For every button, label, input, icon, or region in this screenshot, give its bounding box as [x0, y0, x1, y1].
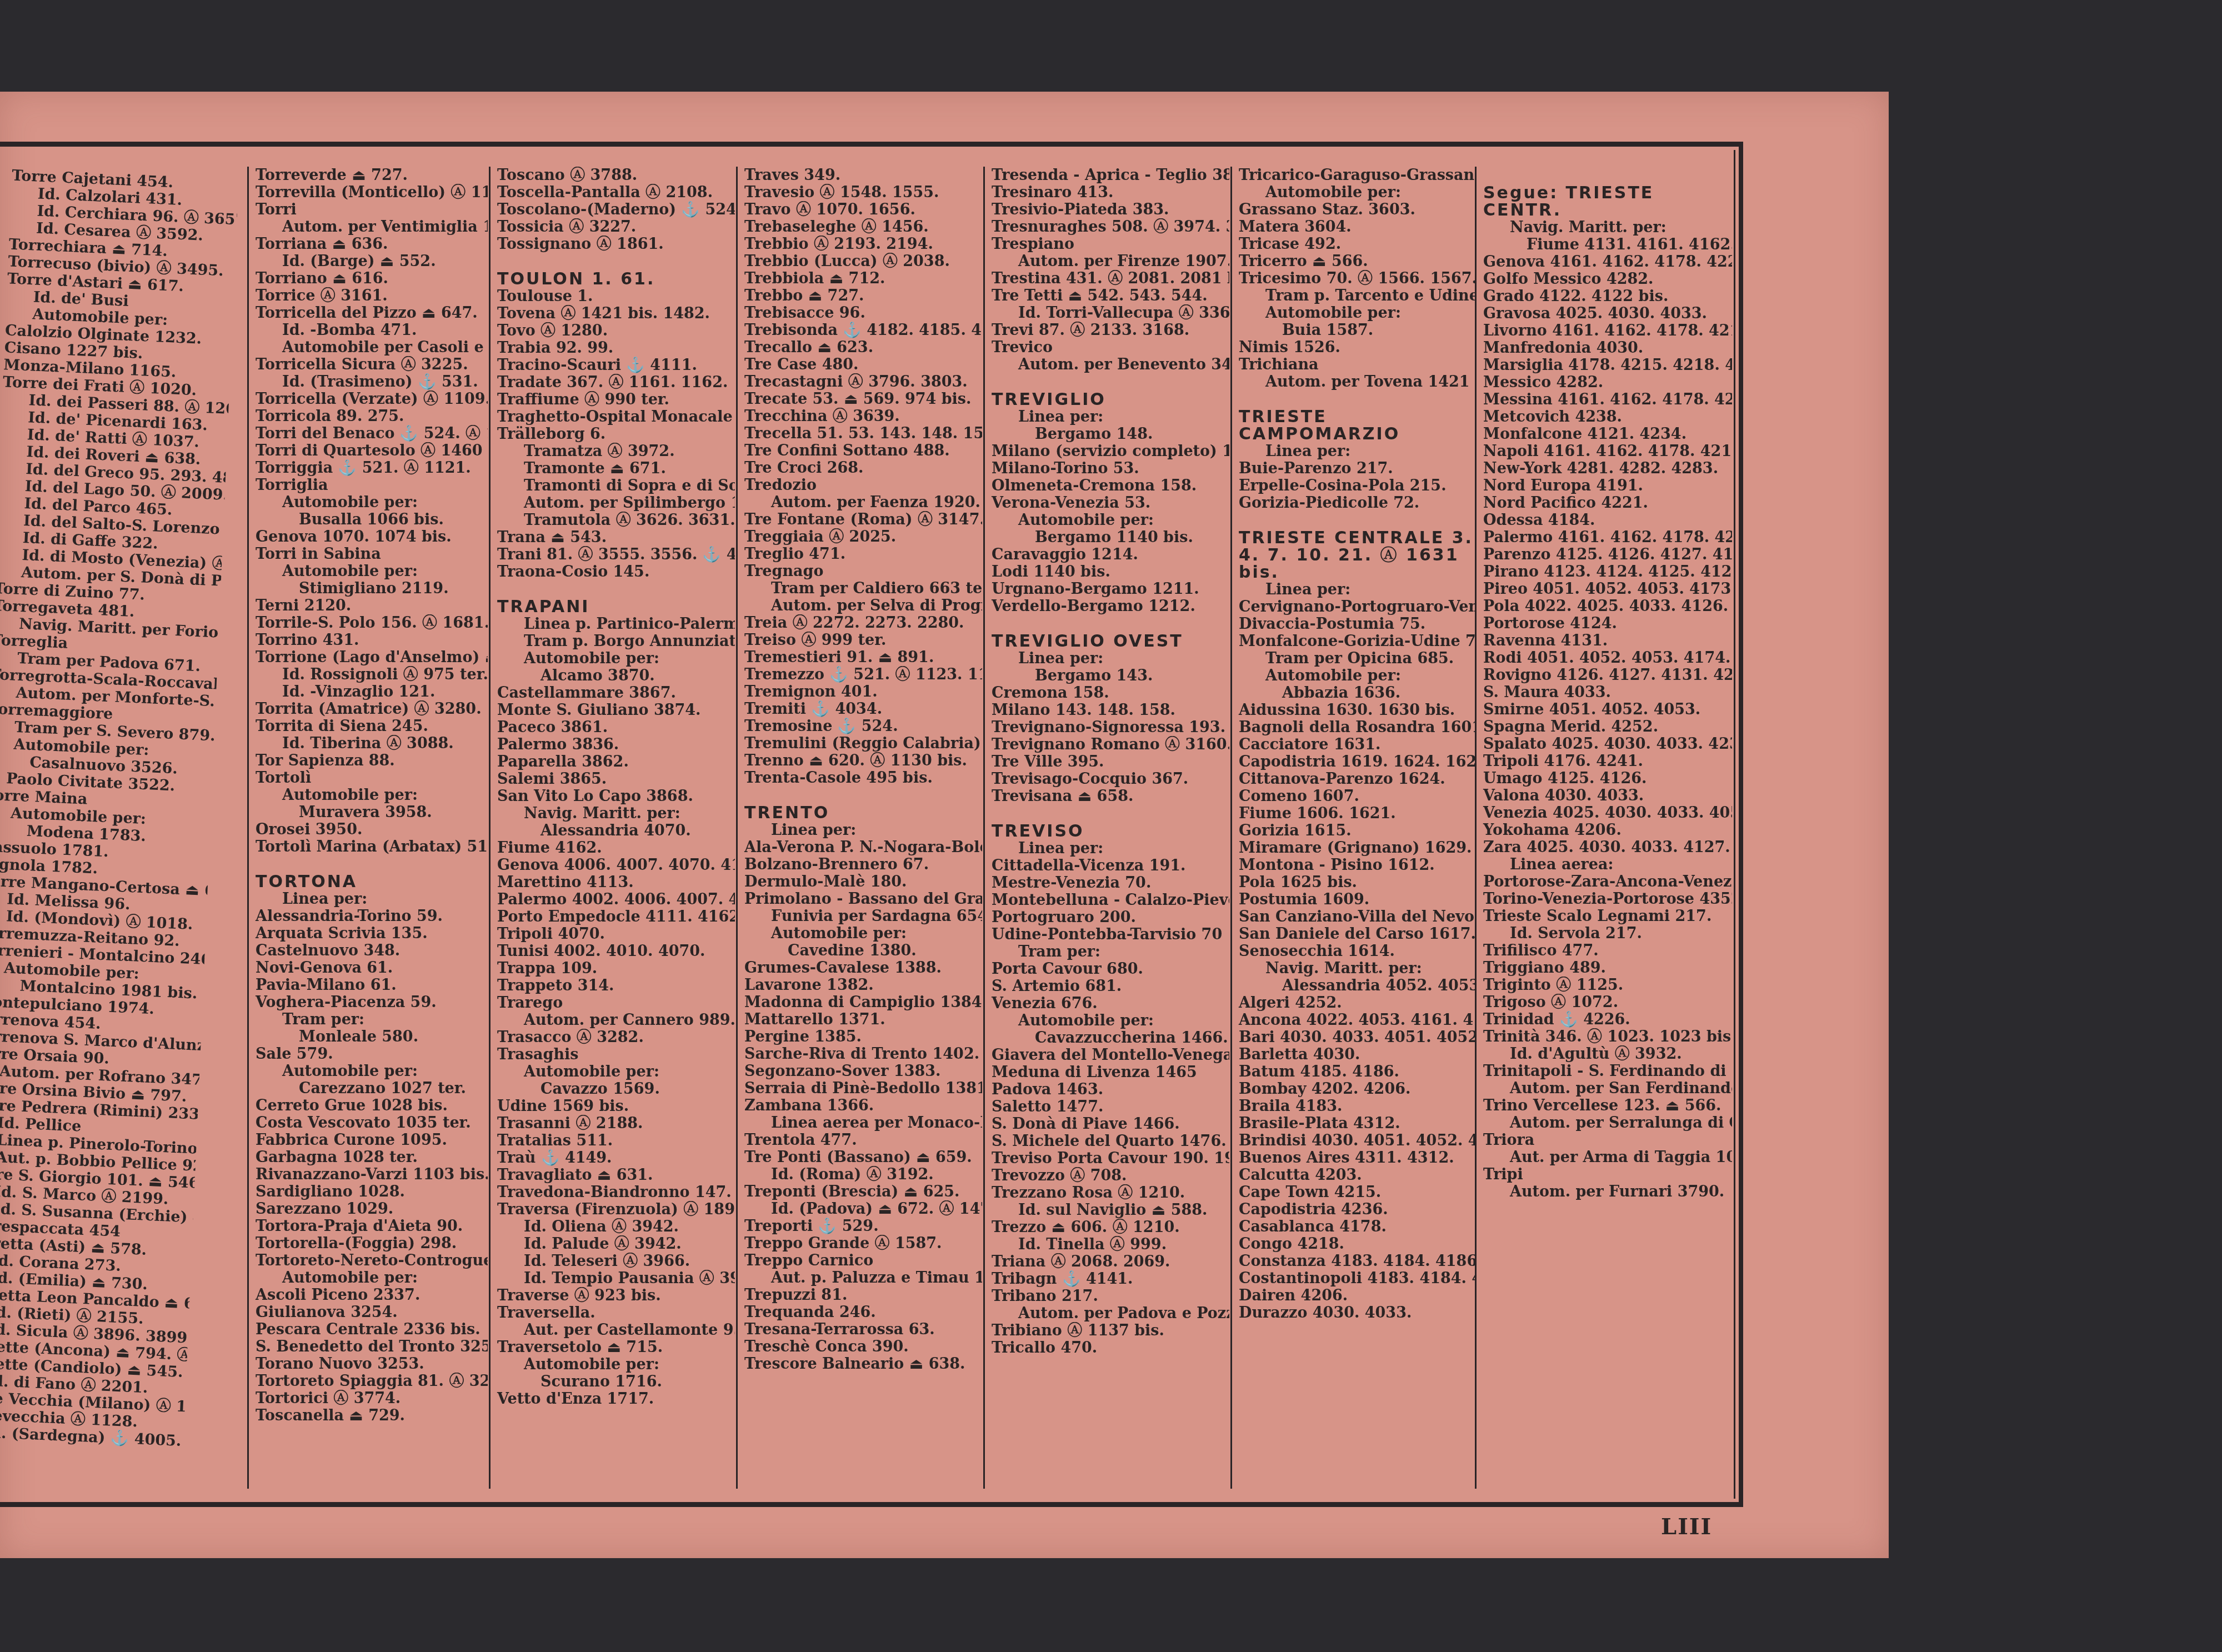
index-entry: Toscolano-(Maderno) ⚓ 524 ⏏ 625. Ⓐ 1260 …	[491, 201, 735, 218]
index-entry: Trieste Scalo Legnami 217.	[1477, 908, 1732, 925]
index-entry: Autom. per Faenza 1920.	[738, 494, 982, 511]
index-entry: Id. (Trasimeno) ⚓ 531.	[249, 373, 488, 391]
index-entry: Automobile per:	[249, 787, 488, 804]
section-heading: TREVISO	[985, 823, 1229, 840]
index-entry: Travesio Ⓐ 1548. 1555.	[738, 184, 982, 201]
index-entry: Sarche-Riva di Trento 1402.	[738, 1045, 982, 1063]
index-entry: Torrile-S. Polo 156. Ⓐ 1681.	[249, 614, 488, 632]
index-entry: Torri di Quartesolo Ⓐ 1460	[249, 442, 488, 459]
index-entry: Treporti ⚓ 529.	[738, 1218, 982, 1235]
index-entry: Mestre-Venezia 70.	[985, 874, 1229, 892]
index-entry: Automobile per:	[249, 563, 488, 580]
index-entry: Pavia-Milano 61.	[249, 977, 488, 994]
index-entry: S. Maura 4033.	[1477, 684, 1732, 701]
index-entry: Traverse Ⓐ 923 bis.	[491, 1287, 735, 1304]
index-entry: Tricesimo 70. Ⓐ 1566. 1567.	[1232, 270, 1477, 287]
index-entry: Udine 1569 bis.	[491, 1098, 735, 1115]
index-entry: Travedona-Biandronno 147. Ⓐ 1175 bis.	[491, 1184, 735, 1201]
index-entry: Pescara Centrale 2336 bis.	[249, 1321, 488, 1338]
index-entry: Trevozzo Ⓐ 708.	[985, 1167, 1229, 1184]
index-entry: Trebisacce 96.	[738, 304, 982, 322]
index-entry: S. Artemio 681.	[985, 978, 1229, 995]
index-entry: Lodi 1140 bis.	[985, 563, 1229, 580]
index-entry: Tre Croci 268.	[738, 459, 982, 477]
index-column-4: Traves 349.Travesio Ⓐ 1548. 1555.Travo Ⓐ…	[736, 167, 982, 1489]
index-entry: Trebisonda ⚓ 4182. 4185. 4186.	[738, 322, 982, 339]
index-entry: Autom. per Benevento 3489.	[985, 356, 1229, 373]
index-entry: Linea per:	[985, 408, 1229, 425]
index-entry: Aidussina 1630. 1630 bis.	[1232, 702, 1477, 719]
index-entry: Linea per:	[1232, 443, 1477, 460]
index-entry: Tortorici Ⓐ 3774.	[249, 1390, 488, 1407]
index-entry: Tribano 217.	[985, 1288, 1229, 1305]
index-entry: Tramutola Ⓐ 3626. 3631.	[491, 512, 735, 529]
index-entry: Treschè Conca 390.	[738, 1338, 982, 1355]
index-entry: Traù ⚓ 4149.	[491, 1149, 735, 1167]
index-entry: Torricella (Verzate) Ⓐ 1109. 1115.	[249, 391, 488, 408]
index-entry: Navig. Maritt. per:	[1232, 960, 1477, 977]
index-entry: Postumia 1609.	[1232, 891, 1477, 908]
index-entry: Torino-Venezia-Portorose 4352	[1477, 890, 1732, 908]
index-entry: Tribiano Ⓐ 1137 bis.	[985, 1322, 1229, 1339]
index-entry: Trebbio Ⓐ 2193. 2194.	[738, 236, 982, 253]
index-entry: Bergamo 1140 bis.	[985, 529, 1229, 546]
index-entry: Milano-Torino 53.	[985, 460, 1229, 477]
index-entry: Nord Pacifico 4221.	[1477, 494, 1732, 512]
index-entry: Durazzo 4030. 4033.	[1232, 1304, 1477, 1321]
index-entry: Venezia 4025. 4030. 4033. 4051. 4052. 40…	[1477, 804, 1732, 822]
index-entry: Voghera-Piacenza 59.	[249, 994, 488, 1011]
index-entry: Bolzano-Brennero 67.	[738, 856, 982, 873]
index-entry: Torrione (Lago d'Anselmo) ⏏ 690.	[249, 649, 488, 666]
index-entry: Trappa 109.	[491, 960, 735, 977]
index-entry: Trezzano Rosa Ⓐ 1210.	[985, 1184, 1229, 1202]
index-entry: Sardigliano 1028.	[249, 1183, 488, 1200]
index-entry: Palermo 4161. 4162. 4178. 4281	[1477, 529, 1732, 546]
index-entry: Madonna di Campiglio 1384	[738, 994, 982, 1011]
index-entry: Alessandria 4052. 4053. 4152. 4173. 4174…	[1232, 977, 1477, 994]
index-entry: Trinitapoli - S. Ferdinando di Puglia 81…	[1477, 1063, 1732, 1080]
index-entry: Tricallo 470.	[985, 1339, 1229, 1356]
index-entry: Trentola 477.	[738, 1132, 982, 1149]
index-entry: Primolano - Bassano del Grappa-Venezia 1…	[738, 890, 982, 908]
index-entry: Trevi 87. Ⓐ 2133. 3168.	[985, 322, 1229, 339]
index-entry: Giavera del Montello-Venegazzù 1468 bis.	[985, 1047, 1229, 1064]
index-entry: Toulouse 1.	[491, 288, 735, 305]
index-entry: San Daniele del Carso 1617.	[1232, 925, 1477, 943]
index-entry: Trecchina Ⓐ 3639.	[738, 408, 982, 425]
index-entry: Ancona 4022. 4053. 4161. 4174. 4178. 418…	[1232, 1012, 1477, 1029]
index-entry: Umago 4125. 4126.	[1477, 770, 1732, 787]
section-heading: TRIESTE CENTRALE 3. 4. 7. 10. 21. Ⓐ 1631…	[1232, 529, 1477, 581]
index-entry: Spalato 4025. 4030. 4033. 4238	[1477, 735, 1732, 753]
index-entry: Trezzo ⏏ 606. Ⓐ 1210.	[985, 1219, 1229, 1236]
index-entry: Trebaseleghe Ⓐ 1456.	[738, 218, 982, 236]
index-entry: Orosei 3950.	[249, 821, 488, 838]
index-entry: Navig. Maritt. per:	[491, 805, 735, 822]
index-column-6: Tricarico-Garaguso-Grassano 95.Automobil…	[1230, 167, 1477, 1489]
index-entry: S. Benedetto del Tronto 3256.	[249, 1338, 488, 1355]
index-entry: Torrino 431.	[249, 632, 488, 649]
index-entry: Napoli 4161. 4162. 4178. 4215. 4218. 422…	[1477, 443, 1732, 460]
index-entry: Tram per Caldiero 663 ter.	[738, 580, 982, 597]
section-heading: Segue: TRIESTE CENTR.	[1477, 184, 1732, 219]
index-entry: Nimis 1526.	[1232, 339, 1477, 356]
index-entry: Portorose-Zara-Ancona-Venezia 4351.	[1477, 873, 1732, 890]
index-entry: Busalla 1066 bis.	[249, 511, 488, 528]
index-entry: Golfo Messico 4282.	[1477, 271, 1732, 288]
index-entry: Meduna di Livenza 1465	[985, 1064, 1229, 1081]
index-entry: Miramare (Grignano) 1629.	[1232, 839, 1477, 857]
index-entry: Gravosa 4025. 4030. 4033.	[1477, 305, 1732, 322]
index-entry: Trevisana ⏏ 658.	[985, 788, 1229, 805]
index-entry: Treppo Carnico	[738, 1252, 982, 1269]
index-entry: Trevignano Romano Ⓐ 3160.	[985, 736, 1229, 753]
index-entry: Senosecchia 1614.	[1232, 943, 1477, 960]
index-entry: Id. -Vinzaglio 121.	[249, 683, 488, 700]
index-entry: Novi-Genova 61.	[249, 959, 488, 977]
index-entry: Parenzo 4125. 4126. 4127. 4131	[1477, 546, 1732, 563]
index-entry: Paceco 3861.	[491, 719, 735, 736]
index-entry: Pergine 1385.	[738, 1028, 982, 1045]
index-entry: Ravenna 4131.	[1477, 632, 1732, 649]
index-entry: Triggiano 489.	[1477, 959, 1732, 977]
index-entry: Fiume 4131. 4161. 4162. 4173. 4176. 4178…	[1477, 236, 1732, 253]
index-entry: Sale 579.	[249, 1045, 488, 1063]
index-entry: Lavarone 1382.	[738, 977, 982, 994]
section-heading: TRENTO	[738, 804, 982, 822]
index-entry: Arquata Scrivia 135.	[249, 925, 488, 942]
index-entry: Fiume 1606. 1621.	[1232, 805, 1477, 822]
index-entry: Tortolì Marina (Arbatax) 512. ⚓ 4006. 40…	[249, 838, 488, 855]
index-entry: Brasile-Plata 4312.	[1232, 1115, 1477, 1132]
index-entry: Tresenda - Aprica - Teglio 383. Ⓐ 1281. …	[985, 167, 1229, 184]
index-entry: Porta Cavour 680.	[985, 960, 1229, 978]
index-entry: Trepuzzi 81.	[738, 1286, 982, 1304]
index-entry: Pola 4022. 4025. 4033. 4126. 4127. 4131.	[1477, 598, 1732, 615]
index-entry: Costa Vescovato 1035 ter.	[249, 1114, 488, 1132]
index-entry: Trecate 53. ⏏ 569. 974 bis.	[738, 391, 982, 408]
index-entry: Triginto Ⓐ 1125.	[1477, 977, 1732, 994]
index-entry: Capodistria 1619. 1624. 1625 bis.	[1232, 753, 1477, 770]
index-entry: Stimigliano 2119.	[249, 580, 488, 597]
index-entry: Dermulo-Malè 180.	[738, 873, 982, 890]
index-entry: Grado 4122. 4122 bis.	[1477, 288, 1732, 305]
index-entry: Cittadella-Vicenza 191.	[985, 857, 1229, 874]
index-entry: Automobile per:	[1232, 667, 1477, 684]
index-entry: Porto Empedocle 4111. 4162	[491, 908, 735, 925]
index-entry: Monte S. Giuliano 3874.	[491, 702, 735, 719]
index-entry: Tre Case 480.	[738, 356, 982, 373]
index-entry: Muravera 3958.	[249, 804, 488, 821]
index-entry: Treppo Grande Ⓐ 1587.	[738, 1235, 982, 1252]
index-entry: Tre Fontane (Roma) Ⓐ 3147.	[738, 511, 982, 528]
index-entry: Tram per Opicina 685.	[1232, 650, 1477, 667]
index-entry: Trigoso Ⓐ 1072.	[1477, 994, 1732, 1011]
index-column-5: Tresenda - Aprica - Teglio 383. Ⓐ 1281. …	[983, 167, 1229, 1489]
index-entry: Tratalias 511.	[491, 1132, 735, 1149]
index-entry: Trarego	[491, 994, 735, 1012]
index-entry: Trasaghis	[491, 1046, 735, 1063]
index-entry: Id. Tinella Ⓐ 999.	[985, 1236, 1229, 1253]
index-entry: Messico 4282.	[1477, 374, 1732, 391]
index-entry: Id. -Bomba 471.	[249, 322, 488, 339]
index-entry: Id. Torri-Vallecupa Ⓐ 3364.	[985, 304, 1229, 322]
index-entry: Tramonti di Sopra e di Sotto	[491, 477, 735, 494]
index-entry: Trestina 431. Ⓐ 2081. 2081 bis.	[985, 270, 1229, 287]
index-entry: Tripoli 4070.	[491, 925, 735, 943]
index-entry: Torriano ⏏ 616.	[249, 270, 488, 287]
index-entry: Tre Confini Sottano 488.	[738, 442, 982, 459]
index-entry: Tram p. Tarcento e Udine 670	[1232, 287, 1477, 304]
index-entry: Salemi 3865.	[491, 770, 735, 788]
index-entry: Olmeneta-Cremona 158.	[985, 477, 1229, 494]
index-entry: Matera 3604.	[1232, 218, 1477, 236]
index-entry: Trasanni Ⓐ 2188.	[491, 1115, 735, 1132]
index-entry: Marsiglia 4178. 4215. 4218. 4221. 4281.	[1477, 357, 1732, 374]
index-entry: Trevisago-Cocquio 367.	[985, 770, 1229, 788]
index-entry: Tremosine ⚓ 524.	[738, 718, 982, 735]
index-entry: Id. (Roma) Ⓐ 3192.	[738, 1166, 982, 1183]
index-entry: Automobile per:	[491, 1356, 735, 1373]
index-entry: Automobile per:	[1232, 184, 1477, 201]
index-entry: Automobile per:	[249, 1269, 488, 1286]
index-entry: Tresivio-Piateda 383.	[985, 201, 1229, 218]
index-entry: Autom. per Spilimbergo 1555	[491, 494, 735, 512]
index-entry: Venezia 676.	[985, 995, 1229, 1012]
index-entry: Traona-Cosio 145.	[491, 563, 735, 580]
index-entry: Navig. Maritt. per:	[1477, 219, 1732, 236]
index-entry: Portorose 4124.	[1477, 615, 1732, 632]
index-entry: Automobile per:	[491, 650, 735, 667]
index-entry: Trani 81. Ⓐ 3555. 3556. ⚓ 4030.	[491, 546, 735, 563]
index-entry: Rivanazzano-Varzi 1103 bis.	[249, 1166, 488, 1183]
index-entry: Torri	[249, 201, 488, 218]
index-entry: Trevignano-Signoressa 193.	[985, 719, 1229, 736]
index-entry: Segonzano-Sover 1383.	[738, 1063, 982, 1080]
index-entry: Id. Oliena Ⓐ 3942.	[491, 1218, 735, 1235]
index-entry: Cremona 158.	[985, 684, 1229, 702]
index-entry: Id. Tempio Pausania Ⓐ 3931. 3949.	[491, 1270, 735, 1287]
index-entry: Torricella Sicura Ⓐ 3225.	[249, 356, 488, 373]
index-entry: Travo Ⓐ 1070. 1656.	[738, 201, 982, 218]
index-entry: Tortoreto Spiaggia 81. Ⓐ 3254.	[249, 1373, 488, 1390]
index-entry: Tradate 367. Ⓐ 1161. 1162.	[491, 374, 735, 391]
index-entry: Livorno 4161. 4162. 4178. 4215. 4218. 42…	[1477, 322, 1732, 339]
index-entry: Serraia di Pinè-Bedollo 1381.	[738, 1080, 982, 1097]
index-entry: Congo 4218.	[1232, 1235, 1477, 1253]
index-entry: Treponti (Brescia) ⏏ 625.	[738, 1183, 982, 1200]
index-entry: Scurano 1716.	[491, 1373, 735, 1390]
index-entry: Autom. per Selva di Progno 1507.	[738, 597, 982, 614]
index-entry: Bagnoli della Rosandra 1601.	[1232, 719, 1477, 736]
index-entry: Cacciatore 1631.	[1232, 736, 1477, 753]
index-entry: Vetto d'Enza 1717.	[491, 1390, 735, 1408]
index-entry: Padova 1463.	[985, 1081, 1229, 1098]
index-entry: Toscella-Pantalla Ⓐ 2108.	[491, 184, 735, 201]
index-entry: Carezzano 1027 ter.	[249, 1080, 488, 1097]
index-entry: Metcovich 4238.	[1477, 408, 1732, 425]
index-entry: Traffiume Ⓐ 990 ter.	[491, 391, 735, 408]
index-entry: Trecella 51. 53. 143. 148. 158.	[738, 425, 982, 442]
index-entry: Triora	[1477, 1132, 1732, 1149]
index-entry: Tricase 492.	[1232, 236, 1477, 253]
index-entry: Autom. per Padova e Pozzonovo 1444.	[985, 1305, 1229, 1322]
index-entry: Tricarico-Garaguso-Grassano 95.	[1232, 167, 1477, 184]
index-entry: Automobile per:	[249, 494, 488, 511]
index-entry: Id. Servola 217.	[1477, 925, 1732, 942]
index-entry: Torricella del Pizzo ⏏ 647.	[249, 304, 488, 322]
index-entry: Torriana ⏏ 636.	[249, 236, 488, 253]
index-entry: Cape Town 4215.	[1232, 1184, 1477, 1201]
index-entry: Automobile per:	[1232, 304, 1477, 322]
index-entry: Bergamo 143.	[985, 667, 1229, 684]
section-heading: TREVIGLIO OVEST	[985, 633, 1229, 650]
index-entry: Spagna Merid. 4252.	[1477, 718, 1732, 735]
index-entry: Buie-Parenzo 217.	[1232, 460, 1477, 477]
index-entry: Tossignano Ⓐ 1861.	[491, 236, 735, 253]
index-entry: Cervignano-Portogruaro-Venezia 77.	[1232, 598, 1477, 615]
index-entry: Toscano Ⓐ 3788.	[491, 167, 735, 184]
index-entry: Costantinopoli 4183. 4184. 4185. 4186.	[1232, 1270, 1477, 1287]
index-entry: Trebbiola ⏏ 712.	[738, 270, 982, 287]
index-entry: Milano 143. 148. 158.	[985, 702, 1229, 719]
index-entry: Treiso Ⓐ 999 ter.	[738, 632, 982, 649]
index-entry: Trebbio (Lucca) Ⓐ 2038.	[738, 253, 982, 270]
index-entry: Trescore Balneario ⏏ 638.	[738, 1355, 982, 1373]
index-entry: Paparella 3862.	[491, 753, 735, 770]
index-entry: Grassano Staz. 3603.	[1232, 201, 1477, 218]
index-entry: Treggiaia Ⓐ 2025.	[738, 528, 982, 545]
index-entry: Autom. per San Ferdinando di Puglia 3552…	[1477, 1080, 1732, 1097]
index-entry: Tortorella-(Foggia) 298.	[249, 1235, 488, 1252]
index-entry: Tremestieri 91. ⏏ 891.	[738, 649, 982, 666]
index-entry: Tramonte ⏏ 671.	[491, 460, 735, 477]
index-entry: Tresinaro 413.	[985, 184, 1229, 201]
index-entry: Torri in Sabina	[249, 545, 488, 563]
index-entry: Id. Teleseri Ⓐ 3966.	[491, 1253, 735, 1270]
index-entry: Cavazzuccherina 1466.	[985, 1029, 1229, 1047]
index-entry: Torri del Benaco ⚓ 524. Ⓐ 1499.	[249, 425, 488, 442]
index-entry: Fiume 4162.	[491, 839, 735, 857]
index-entry: Trasacco Ⓐ 3282.	[491, 1029, 735, 1046]
index-entry: Torreverde ⏏ 727.	[249, 167, 488, 184]
index-entry: Sarezzano 1029.	[249, 1200, 488, 1218]
index-entry: Castelnuovo 348.	[249, 942, 488, 959]
index-entry: Funivia per Sardagna 654 ter	[738, 908, 982, 925]
index-entry: Tram p. Borgo Annunziata 888.	[491, 633, 735, 650]
index-entry: Montona - Pisino 1612.	[1232, 857, 1477, 874]
index-entry: Messina 4161. 4162. 4178. 4282	[1477, 391, 1732, 408]
index-entry: Traghetto-Ospital Monacale 421.	[491, 408, 735, 425]
index-entry: Marettino 4113.	[491, 874, 735, 891]
index-entry: Traversella.	[491, 1304, 735, 1321]
section-heading: TRIESTE CAMPOMARZIO	[1232, 408, 1477, 443]
index-entry: Milano (servizio completo) 143	[985, 443, 1229, 460]
index-entry: Trälleborg 6.	[491, 425, 735, 443]
index-entry: Treglio 471.	[738, 545, 982, 563]
index-entry: Rovigno 4126. 4127. 4131. 4232.	[1477, 667, 1732, 684]
index-entry: Montebelluna - Calalzo-Pieve di Cadore 1…	[985, 892, 1229, 909]
index-entry: Linea per:	[985, 650, 1229, 667]
index-entry: Linea p. Partinico-Palermo 314	[491, 615, 735, 633]
index-entry: Id. Palude Ⓐ 3942.	[491, 1235, 735, 1253]
index-entry: Trebbo ⏏ 727.	[738, 287, 982, 304]
index-entry: Mattarello 1371.	[738, 1011, 982, 1028]
index-entry: Trinidad ⚓ 4226.	[1477, 1011, 1732, 1028]
index-entry: Giulianova 3254.	[249, 1304, 488, 1321]
index-entry: Tortolì	[249, 769, 488, 787]
index-entry: Brindisi 4030. 4051. 4052. 4053. 4151. 4…	[1232, 1132, 1477, 1149]
index-entry: Trappeto 314.	[491, 977, 735, 994]
index-entry: Calcutta 4203.	[1232, 1167, 1477, 1184]
index-entry: Tregnago	[738, 563, 982, 580]
section-heading: TOULON 1. 61.	[491, 271, 735, 288]
index-entry: Urgnano-Bergamo 1211.	[985, 580, 1229, 598]
index-entry: Pireo 4051. 4052. 4053. 4173. 4174. 4183…	[1477, 580, 1732, 598]
index-entry: Monfalcone-Gorizia-Udine 71	[1232, 633, 1477, 650]
index-entry: Tracino-Scauri ⚓ 4111.	[491, 357, 735, 374]
index-entry: Casablanca 4178.	[1232, 1218, 1477, 1235]
index-entry: Monleale 580.	[249, 1028, 488, 1045]
index-entry: Aut. p. Paluzza e Timau 1563	[738, 1269, 982, 1286]
index-entry: Genova 1070. 1074 bis.	[249, 528, 488, 545]
index-entry: Tortora-Praja d'Aieta 90.	[249, 1218, 488, 1235]
index-entry: Treia Ⓐ 2272. 2273. 2280.	[738, 614, 982, 632]
section-heading: TRAPANI	[491, 598, 735, 615]
index-entry: Constanza 4183. 4184. 4186.	[1232, 1253, 1477, 1270]
index-entry: Tripoli 4176. 4241.	[1477, 753, 1732, 770]
index-entry: Tre Tetti ⏏ 542. 543. 544.	[985, 287, 1229, 304]
index-entry: Capodistria 4236.	[1232, 1201, 1477, 1218]
index-entry: Palermo 4002. 4006. 4007. 4010. 4070. 41…	[491, 891, 735, 908]
index-entry: Tremezzo ⚓ 521. Ⓐ 1123. 1157.	[738, 666, 982, 683]
index-entry: Id. (Padova) ⏏ 672. Ⓐ 1470	[738, 1200, 982, 1218]
index-entry: Tribagn ⚓ 4141.	[985, 1270, 1229, 1288]
index-entry: Braila 4183.	[1232, 1098, 1477, 1115]
index-entry: Zara 4025. 4030. 4033. 4127. 4238.	[1477, 839, 1732, 856]
index-entry: Alessandria 4070.	[491, 822, 735, 839]
index-entry: Smirne 4051. 4052. 4053.	[1477, 701, 1732, 718]
index-entry: Gorizia 1615.	[1232, 822, 1477, 839]
index-entry: Torrita di Siena 245.	[249, 718, 488, 735]
index-entry: Erpelle-Cosina-Pola 215.	[1232, 477, 1477, 494]
index-entry: Portogruaro 200.	[985, 909, 1229, 926]
index-entry: Tossicia Ⓐ 3227.	[491, 218, 735, 236]
index-entry: Autom. per Serralunga di Crea 956 bis.	[1477, 1114, 1732, 1132]
index-entry: Divaccia-Postumia 75.	[1232, 615, 1477, 633]
index-entry: San Vito Lo Capo 3868.	[491, 788, 735, 805]
index-entry: Tredozio	[738, 477, 982, 494]
index-entry: Grumes-Cavalese 1388.	[738, 959, 982, 977]
index-entry: Odessa 4184.	[1477, 512, 1732, 529]
index-entry: Automobile per Casoli e Palena 3309.	[249, 339, 488, 356]
index-entry: Comeno 1607.	[1232, 788, 1477, 805]
index-entry: S. Michele del Quarto 1476.	[985, 1133, 1229, 1150]
index-entry: Id. Rossignoli Ⓐ 975 ter.	[249, 666, 488, 683]
index-entry: Autom. per Firenze 1907.	[985, 253, 1229, 270]
section-heading: TORTONA	[249, 873, 488, 890]
index-entry: Genova 4161. 4162. 4178. 4221. 4252.	[1477, 253, 1732, 271]
index-entry: Trino Vercellese 123. ⏏ 566.	[1477, 1097, 1732, 1114]
index-entry: Yokohama 4206.	[1477, 822, 1732, 839]
index-entry: Castellammare 3867.	[491, 684, 735, 702]
index-entry: Traves 349.	[738, 167, 982, 184]
index-entry: Linea aerea:	[1477, 856, 1732, 873]
index-entry: Terni 2120.	[249, 597, 488, 614]
index-entry: Torricola 89. 275.	[249, 408, 488, 425]
index-entry: Ascoli Piceno 2337.	[249, 1286, 488, 1304]
